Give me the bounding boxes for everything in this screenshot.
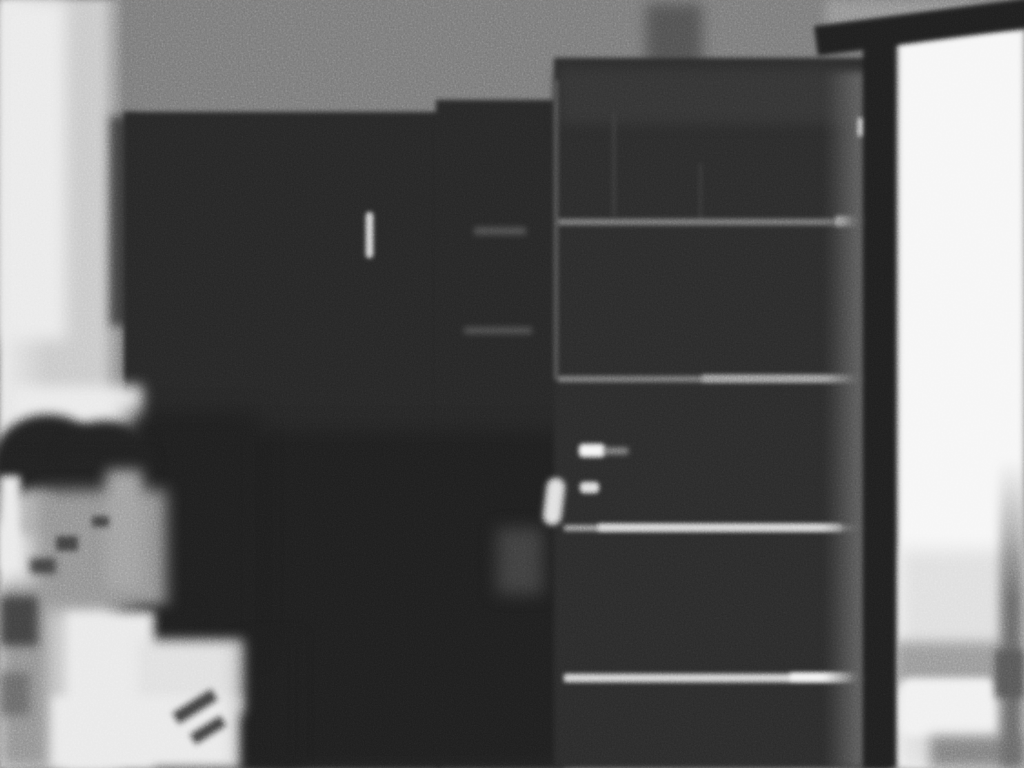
left-white-strip [0, 476, 20, 570]
door-frame-vertical-bar [863, 34, 896, 768]
book-spine-2 [699, 163, 702, 221]
bedding-left-dark-2 [0, 672, 30, 716]
right-edge-gray-strip [1000, 460, 1024, 768]
right-edge-dark-patch [995, 650, 1024, 698]
wardrobe-highlight-streak [366, 212, 373, 258]
shelf-line-3-bright [598, 524, 842, 531]
window-white-object [900, 678, 996, 736]
cloth-speck-2 [92, 516, 109, 527]
person-arm-streak [106, 470, 142, 590]
wardrobe-faint-dots [474, 227, 526, 235]
shelf-left-edge-line [554, 80, 558, 380]
shelf-white-mark-1 [579, 444, 605, 457]
cloth-speck-3 [30, 558, 56, 574]
scene-layer [0, 0, 1024, 768]
shelf-white-mark-tail [604, 448, 628, 454]
wardrobe-clutter-blob [497, 528, 543, 594]
photo-stage [0, 0, 1024, 768]
bedding-left-dark-1 [0, 596, 38, 646]
bedding-right-fade [226, 634, 300, 768]
shelf-top-object-silhouette [646, 4, 702, 66]
left-wall-highlight [0, 0, 66, 340]
shelf-white-mark-2 [580, 482, 599, 493]
book-spine-1 [612, 112, 616, 216]
wardrobe-faint-dash [464, 327, 532, 334]
cloth-speck-1 [56, 536, 78, 551]
